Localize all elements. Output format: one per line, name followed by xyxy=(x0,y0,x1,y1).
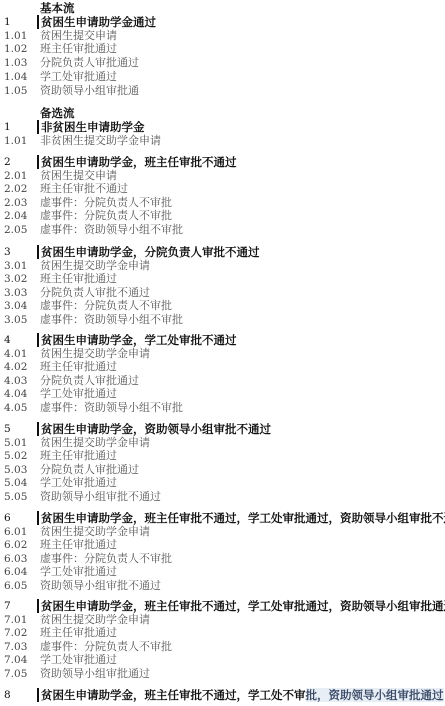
step-number: 6.04 xyxy=(4,565,38,579)
step-number: 2.02 xyxy=(4,182,38,196)
step-text: 贫困生申请助学金，班主任审批不通过，学工处不审批，资助领导小组审批通过 xyxy=(37,688,444,702)
step-text: 分院负责人审批通过 xyxy=(40,374,139,388)
step-text: 虚事件：分院负责人不审批 xyxy=(40,196,172,210)
step-number: 3.05 xyxy=(4,313,38,327)
step-text: 贫困生提交助学金申请 xyxy=(40,613,150,627)
step-number: 1 xyxy=(4,15,38,29)
step-number: 1.03 xyxy=(4,56,38,70)
step-text: 贫困生提交助学金申请 xyxy=(40,259,150,273)
step-text: 贫困生申请助学金，班主任审批不通过，学工处审批通过，资助领导小组审批不通过 xyxy=(37,511,445,525)
step-number: 7.03 xyxy=(4,640,38,654)
step-text: 班主任审批通过 xyxy=(40,626,117,640)
step-text: 班主任审批通过 xyxy=(40,42,117,56)
step-text: 贫困生申请助学金，学工处审批不通过 xyxy=(37,333,237,347)
step-text: 贫困生提交助学金申请 xyxy=(40,436,150,450)
step-text: 虚事件：资助领导小组不审批 xyxy=(40,313,183,327)
step-number: 5.01 xyxy=(4,436,38,450)
step-number: 7.02 xyxy=(4,626,38,640)
step-number: 4.03 xyxy=(4,374,38,388)
step-text: 非贫困生申请助学金 xyxy=(37,120,145,134)
step-number: 6.01 xyxy=(4,525,38,539)
step-text: 虚事件：分院负责人不审批 xyxy=(40,299,172,313)
step-number: 3.01 xyxy=(4,259,38,273)
step-text: 虚事件：分院负责人不审批 xyxy=(40,640,172,654)
step-text: 贫困生提交助学金申请 xyxy=(40,525,150,539)
step-text: 学工处审批通过 xyxy=(40,476,117,490)
step-text: 贫困生申请助学金，班主任审批不通过 xyxy=(37,155,237,169)
step-text: 班主任审批通过 xyxy=(40,449,117,463)
step-number: 1.05 xyxy=(4,84,38,98)
step-text: 贫困生提交助学金申请 xyxy=(40,347,150,361)
step-number: 7.04 xyxy=(4,653,38,667)
step-number: 3 xyxy=(4,245,38,259)
basic-flow-title: 基本流 xyxy=(40,1,75,15)
step-text: 虚事件：分院负责人不审批 xyxy=(40,552,172,566)
step-text: 贫困生提交申请 xyxy=(40,29,117,43)
step-text: 贫困生申请助学金，分院负责人审批不通过 xyxy=(37,245,260,259)
step-number: 4 xyxy=(4,333,38,347)
step-text: 贫困生申请助学金通过 xyxy=(37,15,156,29)
step-text: 学工处审批通过 xyxy=(40,70,117,84)
step-number: 1 xyxy=(4,120,38,134)
step-text: 资助领导小组审批通过 xyxy=(40,667,150,681)
step-text: 虚事件：资助领导小组不审批 xyxy=(40,401,183,415)
step-number: 1.01 xyxy=(4,29,38,43)
step-text-plain: 贫困生申请助学金，班主任审批不通过，学工处不审 xyxy=(41,688,306,702)
step-text: 非贫困生提交助学金申请 xyxy=(40,134,161,148)
step-number: 4.02 xyxy=(4,360,38,374)
step-number: 6.05 xyxy=(4,579,38,593)
step-text: 分院负责人审批不通过 xyxy=(40,286,150,300)
alt-flow-title: 备选流 xyxy=(40,106,75,120)
step-number: 2.03 xyxy=(4,196,38,210)
step-number: 1.02 xyxy=(4,42,38,56)
step-text: 贫困生申请助学金，资助领导小组审批不通过 xyxy=(37,422,271,436)
step-number: 2.04 xyxy=(4,209,38,223)
step-text: 分院负责人审批通过 xyxy=(40,56,139,70)
step-number: 3.02 xyxy=(4,272,38,286)
step-text: 资助领导小组审批通 xyxy=(40,84,139,98)
step-number: 2.01 xyxy=(4,169,38,183)
step-number: 4.01 xyxy=(4,347,38,361)
step-number: 1.01 xyxy=(4,134,38,148)
step-number: 5 xyxy=(4,422,38,436)
step-text: 虚事件：分院负责人不审批 xyxy=(40,209,172,223)
step-text: 学工处审批通过 xyxy=(40,653,117,667)
step-text: 虚事件：资助领导小组不审批 xyxy=(40,223,183,237)
step-text: 学工处审批通过 xyxy=(40,565,117,579)
step-number: 7.05 xyxy=(4,667,38,681)
step-text: 学工处审批通过 xyxy=(40,387,117,401)
step-text: 班主任审批通过 xyxy=(40,538,117,552)
step-number: 5.03 xyxy=(4,463,38,477)
step-number: 7.01 xyxy=(4,613,38,627)
step-number: 6 xyxy=(4,511,38,525)
step-text: 贫困生申请助学金，班主任审批不通过，学工处审批通过，资助领导小组审批通过 xyxy=(37,599,445,613)
selected-text-highlight: 批，资助领导小组审批通过 xyxy=(306,688,444,702)
step-number: 5.02 xyxy=(4,449,38,463)
step-text: 资助领导小组审批不通过 xyxy=(40,490,161,504)
step-text: 分院负责人审批通过 xyxy=(40,463,139,477)
step-number: 6.02 xyxy=(4,538,38,552)
step-number: 7 xyxy=(4,599,38,613)
step-text: 资助领导小组审批不通过 xyxy=(40,579,161,593)
step-number: 4.04 xyxy=(4,387,38,401)
step-number: 2 xyxy=(4,155,38,169)
step-text: 班主任审批通过 xyxy=(40,272,117,286)
step-text: 班主任审批不通过 xyxy=(40,182,128,196)
step-number: 4.05 xyxy=(4,401,38,415)
step-number: 2.05 xyxy=(4,223,38,237)
step-text: 贫困生提交申请 xyxy=(40,169,117,183)
step-number: 1.04 xyxy=(4,70,38,84)
step-number: 3.04 xyxy=(4,299,38,313)
step-number: 3.03 xyxy=(4,286,38,300)
step-number: 6.03 xyxy=(4,552,38,566)
step-number: 8 xyxy=(4,688,38,702)
step-text: 班主任审批通过 xyxy=(40,360,117,374)
step-number: 5.05 xyxy=(4,490,38,504)
step-number: 5.04 xyxy=(4,476,38,490)
